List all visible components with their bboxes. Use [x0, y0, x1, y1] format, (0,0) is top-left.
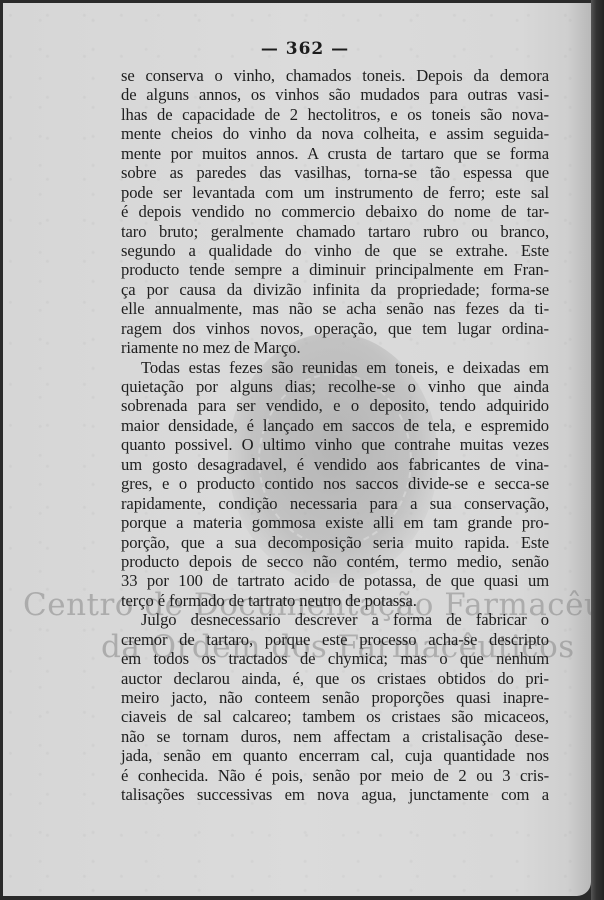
text-line: rapidamente, condição necessaria para a …: [121, 494, 549, 513]
text-line: pode ser levantada com um instrumento de…: [121, 183, 549, 202]
text-line: porque a materia gommosa existe alli em …: [121, 513, 549, 532]
text-line: producto tende sempre a diminuir princip…: [121, 260, 549, 279]
text-line: é depois vendido no commercio debaixo do…: [121, 202, 549, 221]
text-line: Todas estas fezes são reunidas em toneis…: [121, 358, 549, 377]
text-line: auctor declarou ainda, é, que os cristae…: [121, 669, 549, 688]
text-line: mente cheios do vinho da nova colheita, …: [121, 124, 549, 143]
text-line: ciaveis de sal calcareo; tambem os crist…: [121, 707, 549, 726]
text-line: maior densidade, é lançado em saccos de …: [121, 416, 549, 435]
text-line: ça por causa da divizão infinita da prop…: [121, 280, 549, 299]
text-line: terço é formado de tartrato neutro de po…: [121, 591, 549, 610]
text-line: quietação por alguns dias; recolhe-se o …: [121, 377, 549, 396]
text-line: quanto possivel. O ultimo vinho que cont…: [121, 435, 549, 454]
text-line: 33 por 100 de tartrato acido de potassa,…: [121, 571, 549, 590]
text-line: mente por muitos annos. A crusta de tart…: [121, 144, 549, 163]
text-line: ragem dos vinhos novos, operação, que te…: [121, 319, 549, 338]
text-line: em todos os tractados de chymica; mas o …: [121, 649, 549, 668]
book-edge-shadow: [591, 0, 604, 900]
text-line: meiro jacto, não conteem senão proporçõe…: [121, 688, 549, 707]
text-line: lhas de capacidade de 2 hectolitros, e o…: [121, 105, 549, 124]
text-line: talisações successivas em nova agua, jun…: [121, 785, 549, 804]
text-line: não se tornam duros, nem affectam a cris…: [121, 727, 549, 746]
text-line: um gosto desagradavel, é vendido aos fab…: [121, 455, 549, 474]
text-line: de alguns annos, os vinhos são mudados p…: [121, 85, 549, 104]
text-line: é conhecida. Não é pois, senão por meio …: [121, 766, 549, 785]
page-number: — 362 —: [3, 39, 591, 59]
text-line: cremor de tartaro, porque este processo …: [121, 630, 549, 649]
text-line: producto depois de secco não contém, ter…: [121, 552, 549, 571]
body-text: se conserva o vinho, chamados toneis. De…: [121, 66, 549, 805]
text-line: riamente no mez de Março.: [121, 338, 549, 357]
text-line: jada, senão em quanto encerram cal, cuja…: [121, 746, 549, 765]
text-line: sobrenada para ser vendido, e o deposito…: [121, 396, 549, 415]
text-line: taro bruto; geralmente chamado tartaro r…: [121, 222, 549, 241]
text-line: sobre as paredes das vasilhas, torna-se …: [121, 163, 549, 182]
text-line: gres, e o producto contido nos saccos di…: [121, 474, 549, 493]
text-line: porção, que a sua decomposição seria mui…: [121, 533, 549, 552]
scanned-page: Centro de Documentação Farmacêutica da O…: [3, 3, 591, 896]
text-line: segundo a qualidade do vinho de que se e…: [121, 241, 549, 260]
text-line: elle annualmente, mas não se acha senão …: [121, 299, 549, 318]
text-line: Julgo desnecessario descrever a forma de…: [121, 610, 549, 629]
text-line: se conserva o vinho, chamados toneis. De…: [121, 66, 549, 85]
